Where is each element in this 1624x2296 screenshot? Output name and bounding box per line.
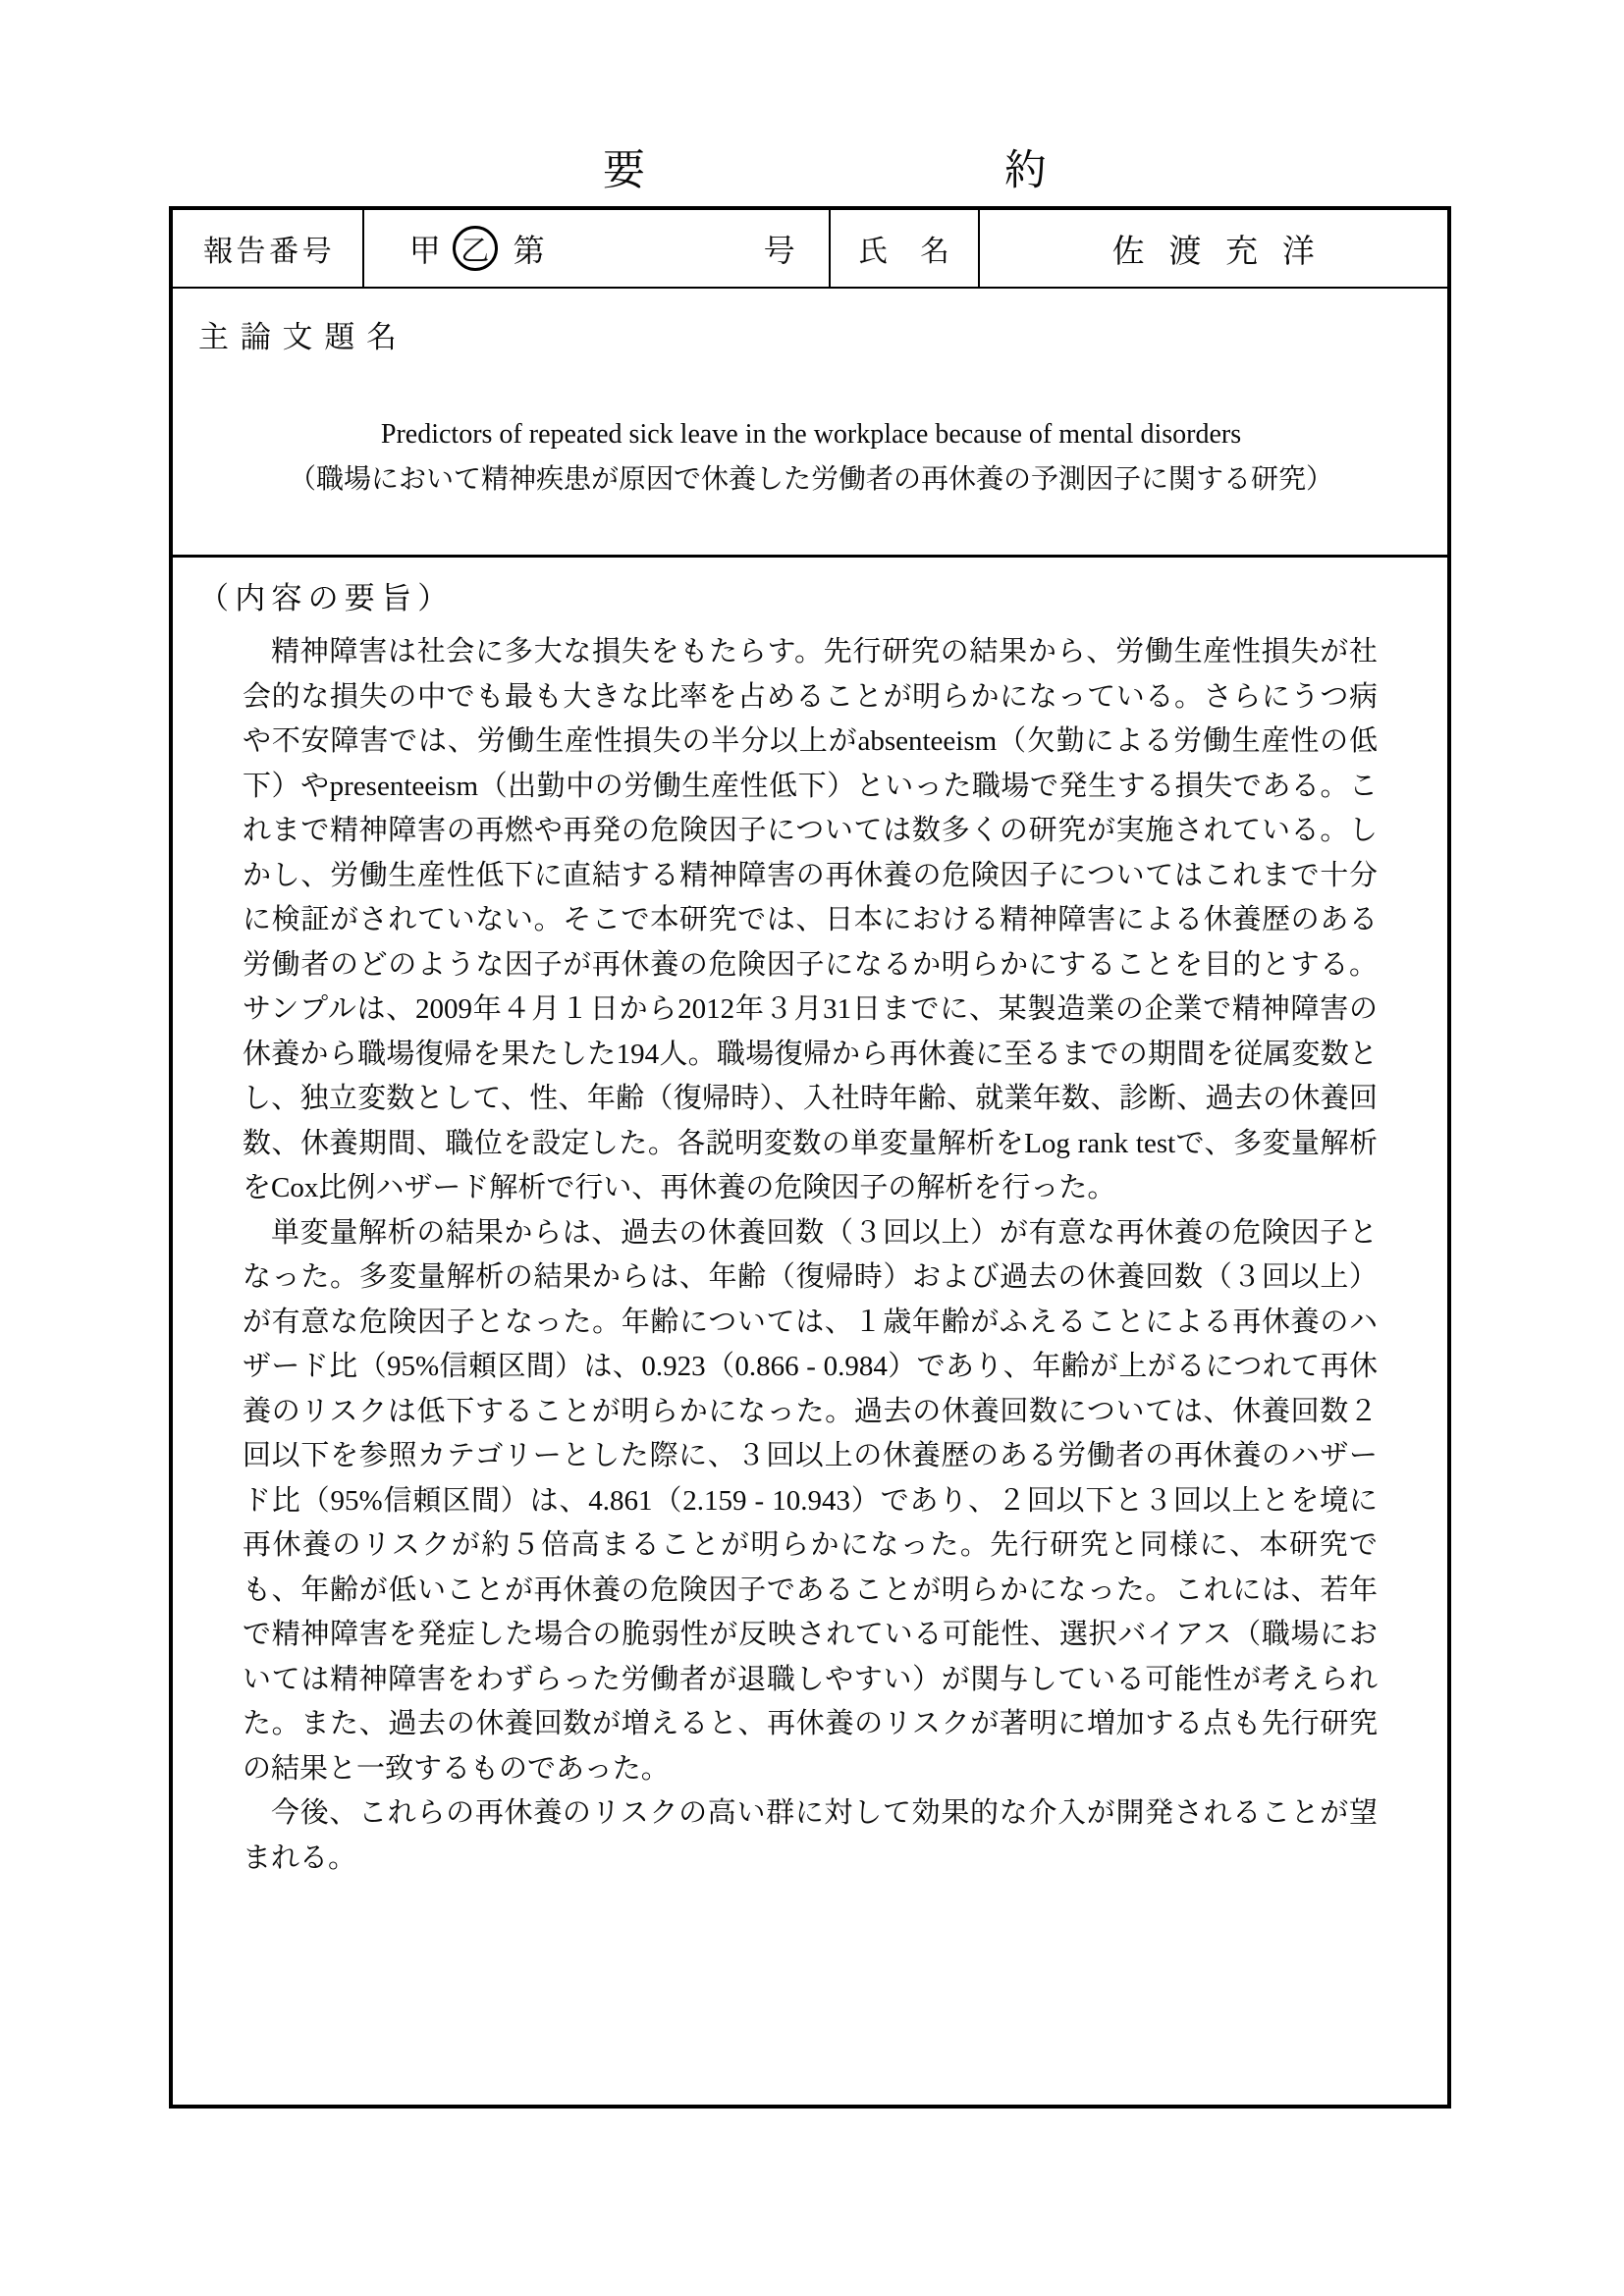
page-title-char-yaku: 約 [1004,137,1047,197]
report-header-row: 報告番号 甲 乙 第 号 氏名 佐渡充洋 [173,210,1447,289]
abstract-section: （内容の要旨） 精神障害は社会に多大な損失をもたらす。先行研究の結果から、労働生… [173,558,1447,2105]
report-gou-char: 号 [764,226,795,271]
thesis-title-japanese: （職場において精神疾患が原因で休養した労働者の再休養の予測因子に関する研究） [198,457,1424,497]
report-otsu-circled-mark: 乙 [453,226,498,271]
document-frame: 報告番号 甲 乙 第 号 氏名 佐渡充洋 主論文題名 Predictors of… [169,206,1451,2109]
name-label-cell: 氏名 [831,210,980,287]
name-label: 氏名 [858,227,982,270]
thesis-title-section-label: 主論文題名 [198,312,1424,356]
page-title-char-you: 要 [603,137,645,197]
report-number-label-cell: 報告番号 [173,210,364,287]
report-number-value-cell: 甲 乙 第 号 [364,210,831,287]
abstract-paragraph-3: 今後、これらの再休養のリスクの高い群に対して効果的な介入が開発されることが望まれ… [243,1791,1378,1881]
page-title: 要 約 [13,137,1624,197]
abstract-body: 精神障害は社会に多大な損失をもたらす。先行研究の結果から、労働生産性損失が社会的… [243,630,1378,1881]
report-dai-char: 第 [514,226,545,271]
thesis-title-section: 主論文題名 Predictors of repeated sick leave … [173,289,1447,558]
abstract-paragraph-1: 精神障害は社会に多大な損失をもたらす。先行研究の結果から、労働生産性損失が社会的… [243,630,1378,1211]
thesis-title-english: Predictors of repeated sick leave in the… [198,419,1424,451]
abstract-section-label: （内容の要旨） [198,573,1422,617]
abstract-sheet: 要 約 報告番号 甲 乙 第 号 氏名 佐渡充洋 主論文題名 [0,0,1624,2296]
report-kou-mark: 甲 [409,226,441,271]
author-name: 佐渡充洋 [1112,226,1339,272]
name-value-cell: 佐渡充洋 [980,210,1447,287]
report-number-label: 報告番号 [203,227,335,270]
abstract-paragraph-2: 単変量解析の結果からは、過去の休養回数（３回以上）が有意な再休養の危険因子となっ… [243,1211,1378,1792]
